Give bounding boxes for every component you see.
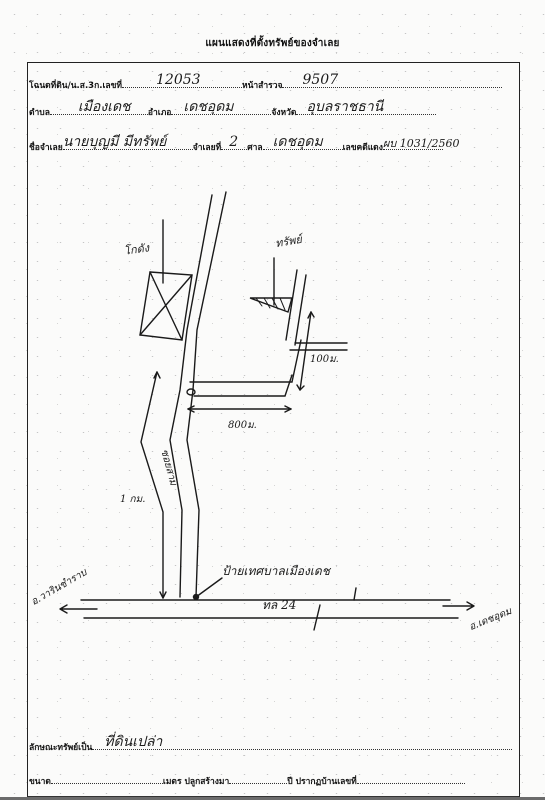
house-no-field[interactable] xyxy=(357,774,465,784)
meter-built-label: เมตร ปลูกสร้างมา xyxy=(163,777,229,787)
arrow-right xyxy=(443,602,474,610)
size-row: ขนาดเมตร ปลูกสร้างมาปี ปรากฏบ้านเลขที่ xyxy=(29,774,465,788)
warehouse-label: โกดัง xyxy=(123,238,150,259)
arrow-100m xyxy=(300,312,311,390)
highway-tick xyxy=(354,588,356,600)
branch-road-upper xyxy=(190,340,301,382)
property-type-row: ลักษณะทรัพย์เป็นที่ดินเปล่า xyxy=(29,740,512,754)
size-field[interactable] xyxy=(51,774,163,784)
property-type-field[interactable]: ที่ดินเปล่า xyxy=(92,740,512,750)
arrow-left xyxy=(60,605,97,613)
location-sketch-map xyxy=(0,0,545,800)
year-house-no-label: ปี ปรากฏบ้านเลขที่ xyxy=(287,777,356,787)
distance-100m-label: 100ม. xyxy=(310,352,339,367)
distance-1km-label: 1 กม. xyxy=(120,492,145,507)
size-label: ขนาด xyxy=(29,777,51,787)
signpost-pointer xyxy=(196,578,222,597)
signpost-label: ป้ายเทศบาลเมืองเดช xyxy=(222,562,330,581)
distance-800m-label: 800ม. xyxy=(228,418,257,433)
property-type-label: ลักษณะทรัพย์เป็น xyxy=(29,743,92,753)
arrow-1km xyxy=(141,372,163,598)
built-field[interactable] xyxy=(229,774,287,784)
branch-road-lower xyxy=(194,375,292,396)
property-type-value: ที่ดินเปล่า xyxy=(104,735,162,749)
property-plot xyxy=(250,298,292,312)
highway-label: ทล 24 xyxy=(262,596,296,615)
